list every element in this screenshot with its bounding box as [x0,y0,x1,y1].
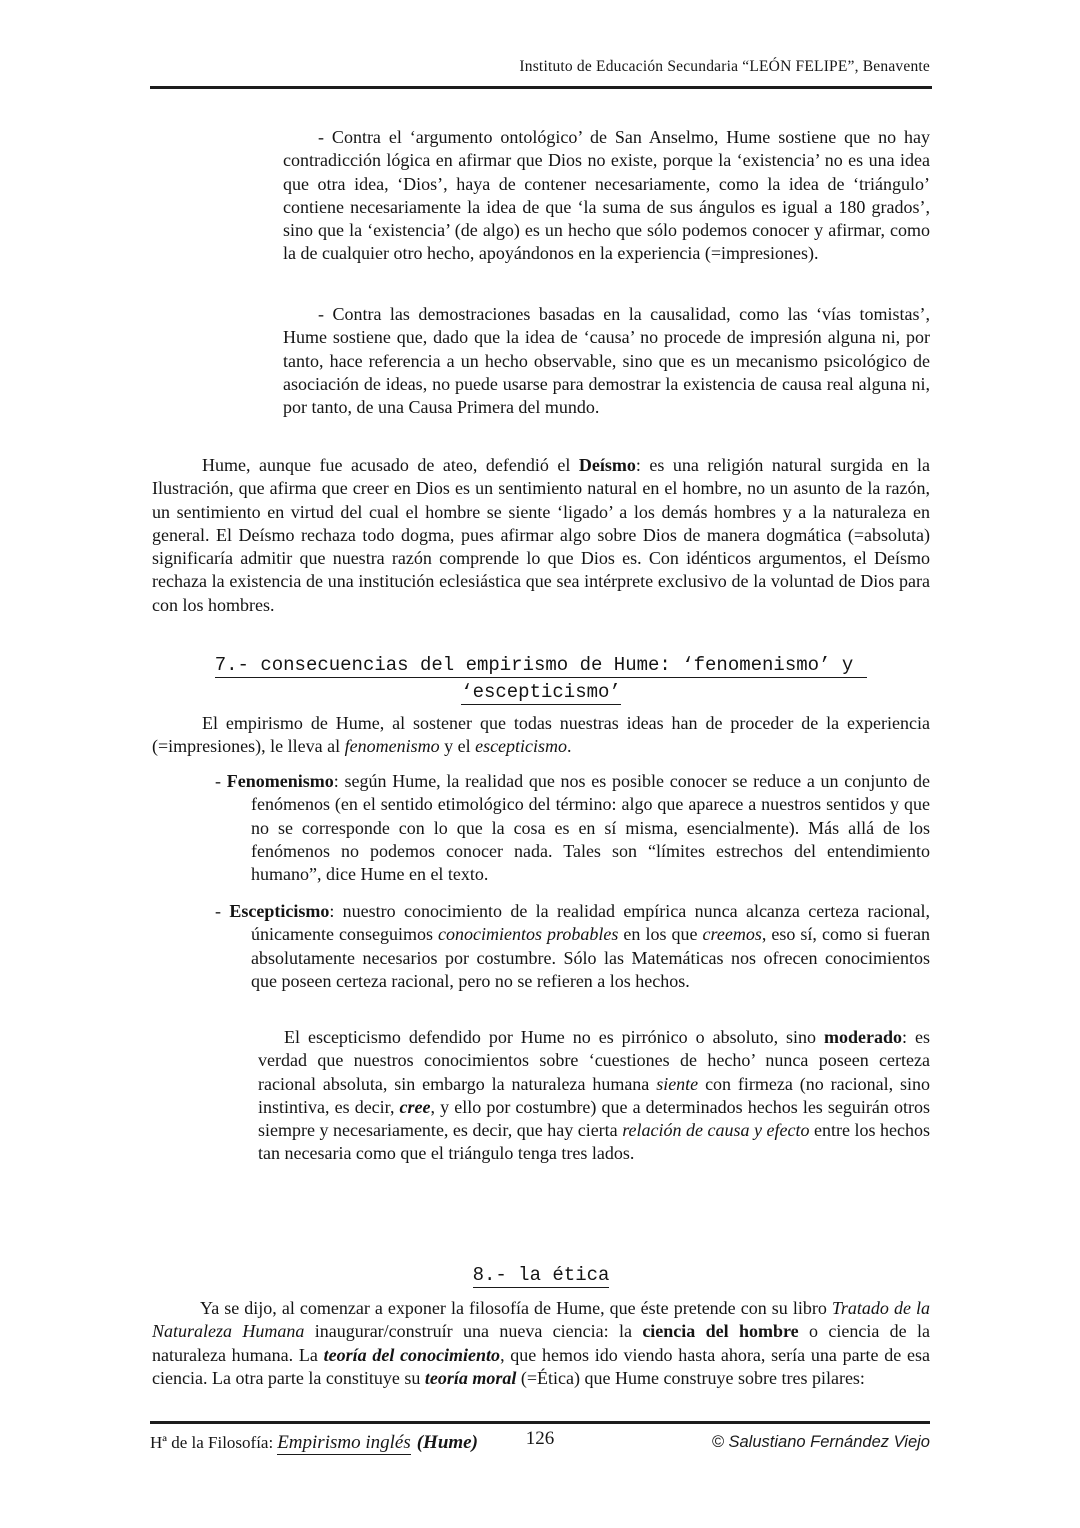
footer-course-author: (Hume) [417,1432,478,1453]
footer-copyright: © Salustiano Fernández Viejo [712,1433,930,1452]
paragraph-fenomenismo: - Fenomenismo: según Hume, la realidad q… [215,770,930,886]
bold-moderado: moderado [824,1027,902,1047]
paragraph-text: - Contra el ‘argumento ontológico’ de Sa… [283,127,930,263]
document-page: Instituto de Educación Secundaria “LEÓN … [0,0,1080,1528]
paragraph-etica-intro: Ya se dijo, al comenzar a exponer la fil… [152,1297,930,1390]
section-7-heading-line1: 7.- consecuencias del empirismo de Hume:… [152,652,930,679]
paragraph-escepticismo: - Escepticismo: nuestro conocimiento de … [215,900,930,993]
bold-ciencia-del-hombre: ciencia del hombre [642,1321,798,1341]
footer: Hª de la Filosofía:Empirismo inglés(Hume… [150,1432,930,1454]
paragraph-empirismo-intro: El empirismo de Hume, al sostener que to… [152,712,930,759]
paragraph-text: - Contra las demostraciones basadas en l… [283,304,930,417]
header-institution: Instituto de Educación Secundaria “LEÓN … [150,58,930,76]
bold-fenomenismo: Fenomenismo [227,771,334,791]
page-number: 126 [526,1428,555,1450]
bolditalic-teoria-moral: teoría moral [425,1368,517,1388]
bolditalic-cree: cree [400,1097,431,1117]
footer-rule [150,1421,930,1424]
bold-deismo: Deísmo [579,455,636,475]
paragraph-contra-argumento-ontologico: - Contra el ‘argumento ontológico’ de Sa… [283,126,930,266]
header-rule [150,86,932,89]
section-8-heading: 8.- la ética [152,1262,930,1289]
section-7-heading-line2: ‘escepticismo’ [152,679,930,706]
bolditalic-teoria-conocimiento: teoría del conocimiento [324,1345,500,1365]
section-7-heading: 7.- consecuencias del empirismo de Hume:… [152,652,930,706]
paragraph-deismo: Hume, aunque fue acusado de ateo, defend… [152,454,930,617]
footer-course-label: Hª de la Filosofía: [150,1433,273,1452]
footer-course-topic: Empirismo inglés [277,1432,411,1455]
paragraph-escepticismo-moderado: El escepticismo defendido por Hume no es… [258,1026,930,1166]
bold-escepticismo: Escepticismo [229,901,329,921]
paragraph-contra-demostraciones-causalidad: - Contra las demostraciones basadas en l… [283,303,930,419]
